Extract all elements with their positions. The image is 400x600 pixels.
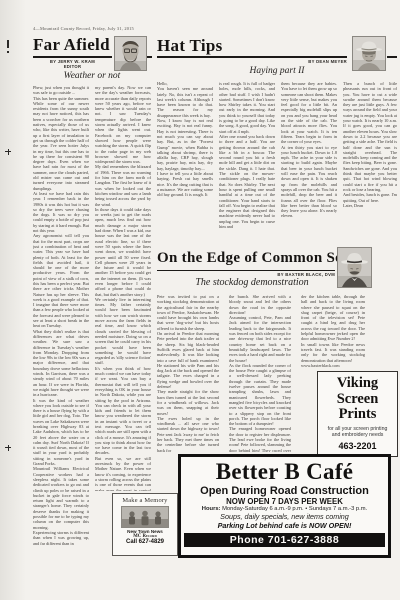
memory-ad-title: Make a Memory: [113, 497, 177, 504]
page-folio: 4—Mountrail County Record, Friday, July …: [33, 26, 134, 31]
hat-tips-subhead: Haying part II: [157, 66, 397, 76]
common-sense-byline: BY BAXTER BLACK, DVM: [200, 272, 335, 277]
cafe-ad-hours-label: Hours:: [202, 506, 221, 512]
newspaper-page: 4—Mountrail County Record, Friday, July …: [0, 0, 400, 600]
viking-ad-tagline-2: and embroidery needs: [318, 432, 397, 438]
ad-better-b-cafe: Better B Café Open During Road Construct…: [178, 454, 391, 558]
common-sense-column-2: the bunch. She arrived with a bloody sno…: [229, 294, 291, 452]
far-afield-rule: [33, 56, 112, 58]
hat-tips-column-1: Hello, You haven't seen me around lately…: [157, 81, 213, 248]
scan-mark: [8, 445, 9, 451]
hat-tips-column-4: Then a bunch of little pheasants run out…: [343, 81, 397, 244]
far-afield-column-2: my parent's day. Now we can see the day'…: [95, 85, 151, 491]
hat-tips-rule: [157, 56, 347, 58]
common-sense-subhead: The stockdog demonstration: [157, 277, 347, 288]
cafe-ad-subheadline: NOW OPEN 7 DAYS PER WEEK: [181, 497, 388, 506]
memory-ad-photo: [121, 506, 169, 528]
hat-tips-column-2: is real rough. It is full of badger hole…: [219, 81, 275, 248]
hat-tips-title: Hat Tips: [157, 37, 223, 55]
far-afield-column-1: Phew, just when you thought it was safe …: [33, 85, 89, 556]
cafe-ad-parking-note: Parking Lot behind cafe is NOW OPEN!: [181, 522, 388, 531]
common-sense-column-3: der the kitchen table, through the hall …: [301, 294, 365, 370]
viking-ad-word-2: Screen: [318, 392, 397, 408]
hat-tips-byline: BY DEAN MEYER: [250, 59, 347, 64]
viking-ad-word-1: Viking: [318, 376, 397, 392]
cafe-ad-headline: Open During Road Construction: [181, 485, 388, 497]
common-sense-title: On the Edge of Common Sense: [157, 250, 364, 267]
far-afield-title: Far Afield: [33, 36, 110, 54]
viking-ad-tagline-1: for all your screen printing: [318, 426, 397, 432]
editor-headshot-photo: [114, 36, 147, 71]
cafe-ad-title: Better B Café: [181, 460, 388, 484]
memory-ad-phone: Call 627-4829: [113, 539, 177, 545]
viking-ad-phone: 463-2201: [318, 441, 397, 451]
scan-mark: [8, 149, 9, 155]
ad-make-a-memory: Make a Memory New Town News MC Record Ca…: [112, 493, 178, 556]
scan-mark: [7, 51, 9, 53]
viking-ad-word-3: Prints: [318, 407, 397, 423]
scan-mark: [7, 40, 9, 48]
hat-tips-rule-end: [387, 56, 397, 58]
common-sense-column-1: Pete was invited to put on a working sto…: [157, 294, 219, 452]
hat-tips-column-3: them because they are babies. You have t…: [281, 81, 337, 248]
far-afield-subhead: Weather or not: [33, 71, 151, 81]
cafe-ad-phone: Phone 701-627-3888: [184, 533, 385, 547]
byline-role: EDITOR: [64, 64, 82, 69]
ad-viking-screen-prints: Viking Screen Prints for all your screen…: [317, 371, 398, 457]
far-afield-byline: BY JERRY W. KRAM EDITOR: [33, 59, 112, 69]
